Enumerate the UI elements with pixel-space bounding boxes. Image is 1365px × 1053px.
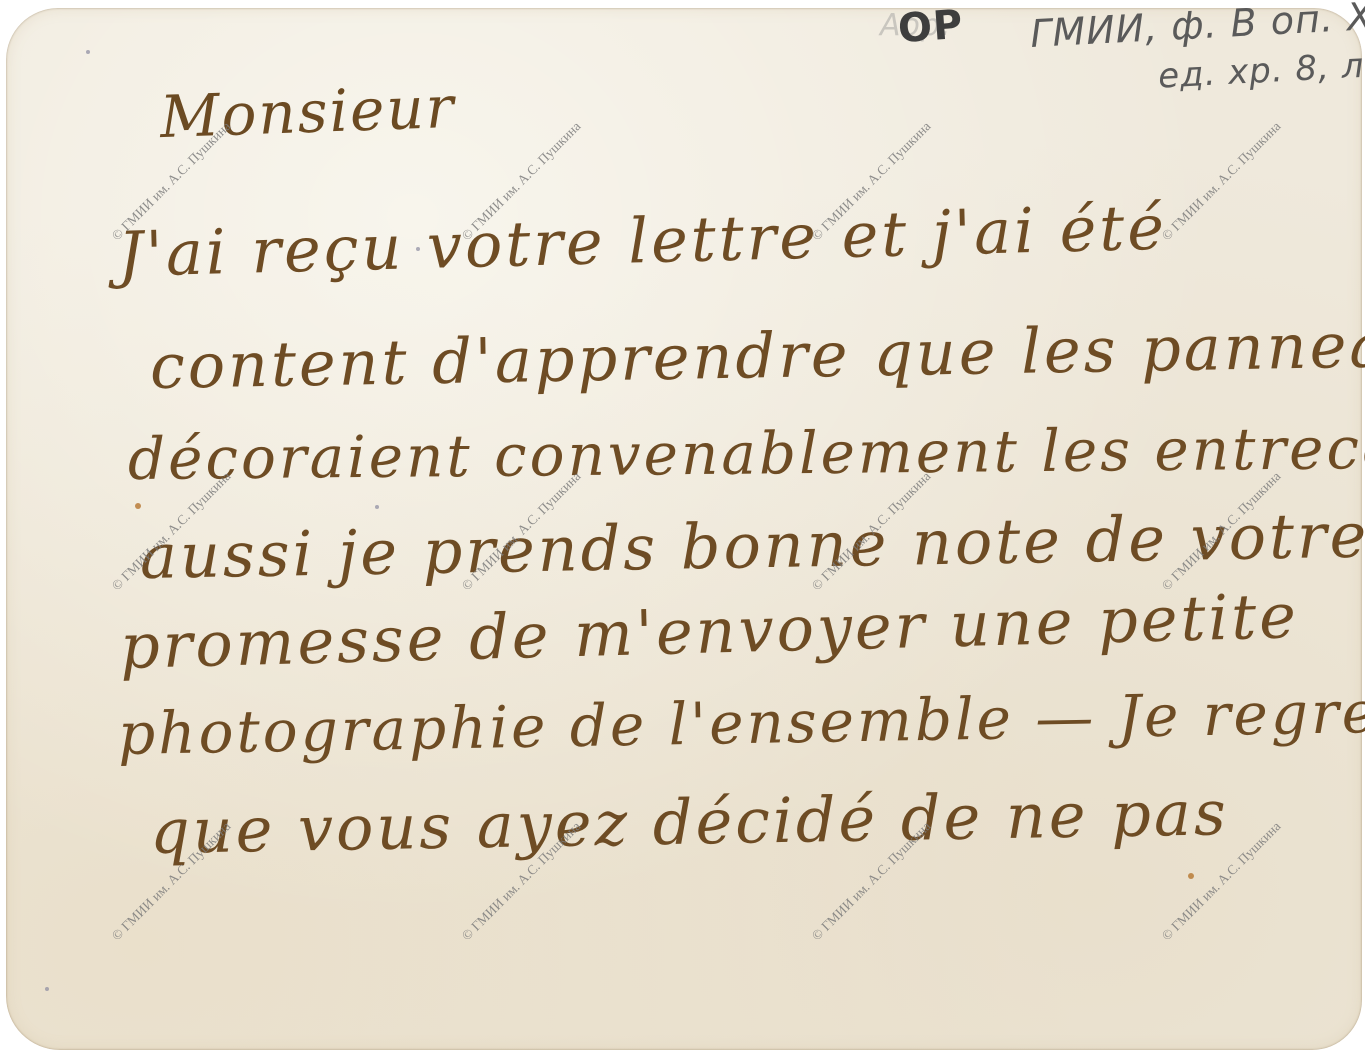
paper-speck bbox=[375, 505, 379, 509]
paper-stain bbox=[135, 503, 141, 509]
archive-stamp: ОР bbox=[896, 2, 964, 52]
paper-stain bbox=[1188, 873, 1194, 879]
paper-speck bbox=[86, 50, 90, 54]
paper-speck bbox=[416, 247, 420, 251]
paper-speck bbox=[45, 987, 49, 991]
letter-line-3: décoraient convenablement les entrecolon… bbox=[128, 412, 1365, 493]
